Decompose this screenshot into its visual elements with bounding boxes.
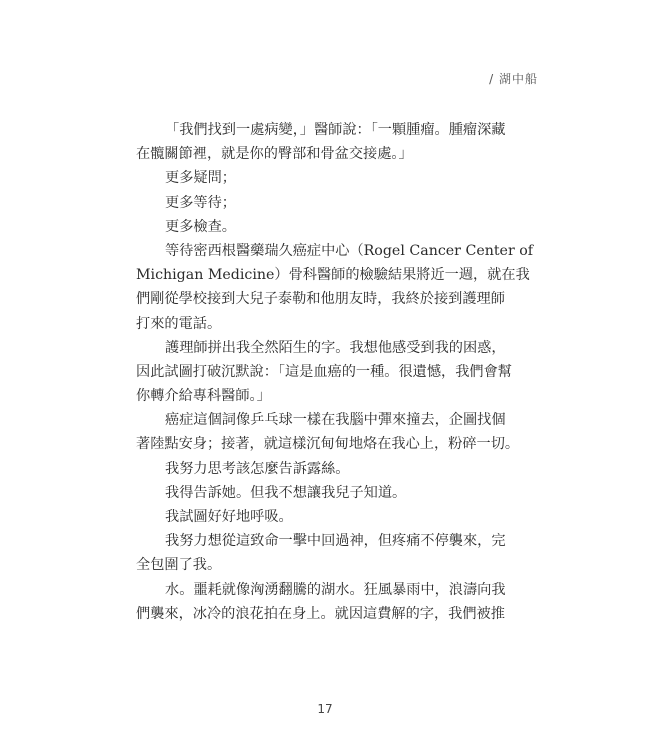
text-line: 等待密西根醫藥瑞久癌症中心（Rogel Cancer Center of: [136, 239, 524, 263]
text-line: 更多等待；: [136, 191, 524, 215]
text-line: 護理師拼出我全然陌生的字。我想他感受到我的困惑，: [136, 336, 524, 360]
page-body: 「我們找到一處病變，」醫師說：「一顆腫瘤。腫瘤深藏 在髖關節裡，就是你的臀部和骨…: [136, 118, 524, 626]
text-line: 更多疑問；: [136, 166, 524, 190]
text-line: 我試圖好好地呼吸。: [136, 505, 524, 529]
text-line: 「我們找到一處病變，」醫師說：「一顆腫瘤。腫瘤深藏: [136, 118, 524, 142]
running-header: / 湖中船: [489, 70, 538, 87]
text-line: 們剛從學校接到大兒子泰勒和他朋友時，我終於接到護理師: [136, 287, 524, 311]
text-line: 在髖關節裡，就是你的臀部和骨盆交接處。」: [136, 142, 524, 166]
text-line: 癌症這個詞像乒乓球一樣在我腦中彈來撞去，企圖找個: [136, 408, 524, 432]
text-line: 我努力思考該怎麼告訴露絲。: [136, 457, 524, 481]
text-line: Michigan Medicine）骨科醫師的檢驗結果將近一週，就在我: [136, 263, 524, 287]
text-line: 全包圍了我。: [136, 553, 524, 577]
text-line: 因此試圖打破沉默說：「這是血癌的一種。很遺憾，我們會幫: [136, 360, 524, 384]
text-line: 們襲來，冰冷的浪花拍在身上。就因這費解的字，我們被推: [136, 602, 524, 626]
text-line: 我努力想從這致命一擊中回過神，但疼痛不停襲來，完: [136, 529, 524, 553]
text-line: 著陸點安身；接著，就這樣沉甸甸地烙在我心上，粉碎一切。: [136, 432, 524, 456]
text-line: 打來的電話。: [136, 312, 524, 336]
page-number: 17: [0, 702, 650, 716]
text-line: 更多檢查。: [136, 215, 524, 239]
text-line: 我得告訴她。但我不想讓我兒子知道。: [136, 481, 524, 505]
text-line: 你轉介給專科醫師。」: [136, 384, 524, 408]
text-line: 水。噩耗就像洶湧翻騰的湖水。狂風暴雨中，浪濤向我: [136, 578, 524, 602]
